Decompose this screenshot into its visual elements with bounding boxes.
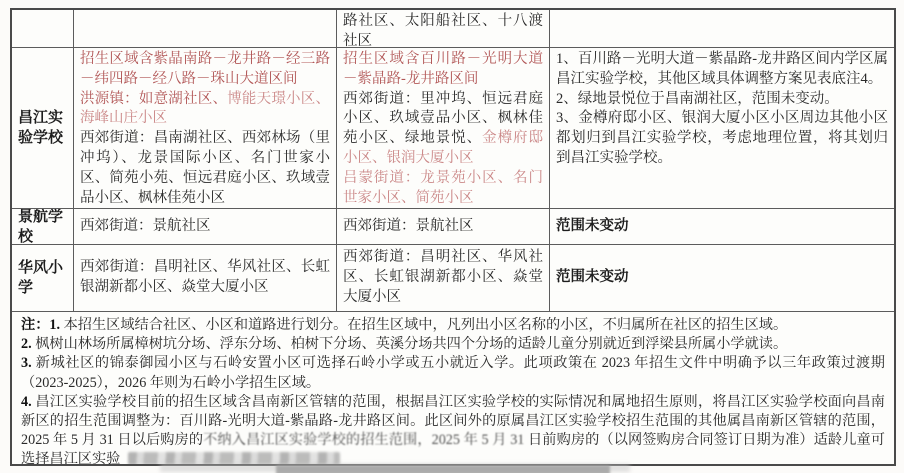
document-page: 路社区、太阳船社区、十八渡社区 昌江实验学校 招生区域含紫晶南路－龙井路－经三路… <box>0 0 904 473</box>
remark-cell: 范围未变动 <box>550 209 894 245</box>
blurred-bar <box>276 465 610 473</box>
text-segment: 招生区域含百川路－光明大道－紫晶路-龙井路区间 <box>343 51 543 87</box>
enrollment-district-table: 路社区、太阳船社区、十八渡社区 昌江实验学校 招生区域含紫晶南路－龙井路－经三路… <box>10 8 896 466</box>
region-left-cell: 西郊街道：景航社区 <box>74 209 337 245</box>
text-segment: 吕蒙街道：龙景苑小区、名门世家小区、简苑小区 <box>343 170 543 206</box>
text-segment: 注：1. <box>21 317 60 333</box>
text-segment: 范围未变动 <box>556 218 629 234</box>
remark-cell <box>550 10 894 48</box>
text-segment: 3. <box>21 355 32 371</box>
text-segment: 西郊街道：景航社区 <box>343 218 474 234</box>
text-segment: 西郊街道：昌南湖社区、西郊林场（里冲坞）、龙景国际小区、名门世家小区、简苑小苑、… <box>80 130 330 205</box>
text-segment: 1、百川路－光明大道－紫晶路-龙井路区间内学区属昌江实验学校，其他区域具体调整方… <box>556 51 888 87</box>
remark-cell: 1、百川路－光明大道－紫晶路-龙井路区间内学区属昌江实验学校，其他区域具体调整方… <box>550 48 894 209</box>
region-left-cell: 西郊街道：昌明社区、华风社区、长虹银湖新都小区、焱堂大厦小区 <box>74 245 337 312</box>
text-segment: 新城社区的锦泰御园小区与石岭安置小区可选择石岭小学或五小就近入学。此项政策在 2… <box>21 355 885 390</box>
text-segment: 枫树山林场所属樟树坑分场、浮东分场、柏树下分场、英溪分场共四个分场的适龄儿童分别… <box>32 336 788 352</box>
region-right-cell: 西郊街道：景航社区 <box>337 209 550 245</box>
region-right-cell: 西郊街道：昌明社区、华风社区、长虹银湖新都小区、焱堂大厦小区 <box>337 245 550 312</box>
text-segment: 西郊街道：景航社区 <box>80 218 211 234</box>
text-segment: 2、绿地景悦位于昌南湖社区，范围未变动。 <box>556 91 839 107</box>
region-right-cell: 招生区域含百川路－光明大道－紫晶路-龙井路区间西郊街道：里冲坞、恒远君庭小区、玖… <box>337 48 550 209</box>
text-segment: 3、金樽府邸小区、银润大厦小区小区周边其他小区都划归到昌江实验学校，考虑地理位置… <box>556 110 888 166</box>
text-segment: 不纳入昌江区实验学校的招生范围，2025 年 5 月 31 <box>203 432 524 448</box>
school-name-cell: 昌江实验学校 <box>12 48 74 209</box>
text-segment: 范围未变动 <box>556 269 629 285</box>
school-name-cell-empty <box>12 10 74 48</box>
school-name-cell: 景航学校 <box>12 209 74 245</box>
text-segment: 西郊街道：昌明社区、华风社区、长虹银湖新都小区、焱堂大厦小区 <box>80 259 330 295</box>
text-segment: 本招生区域结合社区、小区和道路进行划分。在招生区域中，凡列出小区名称的小区，不归… <box>60 317 787 333</box>
region-right-cell: 路社区、太阳船社区、十八渡社区 <box>337 10 550 48</box>
text-segment: 招生区域含紫晶南路－龙井路－经三路－纬四路－经八路－珠山大道区间 <box>80 51 330 87</box>
text-segment: 2. <box>21 336 32 352</box>
school-name-cell: 华风小学 <box>12 245 74 312</box>
remark-cell: 范围未变动 <box>550 245 894 312</box>
region-left-cell: 招生区域含紫晶南路－龙井路－经三路－纬四路－经八路－珠山大道区间洪源镇：如意湖社… <box>74 48 337 209</box>
text-segment: 西郊街道：昌明社区、华风社区、长虹银湖新都小区、焱堂大厦小区 <box>343 249 543 305</box>
text-segment: 路社区、太阳船社区、十八渡社区 <box>343 13 543 48</box>
footnotes-cell: 注：1. 本招生区域结合社区、小区和道路进行划分。在招生区域中，凡列出小区名称的… <box>12 312 894 464</box>
text-segment: 4. <box>21 394 32 410</box>
text-segment: 洪源镇：如意湖社区、 <box>80 91 227 107</box>
illegible-blurred-text <box>128 452 340 464</box>
region-left-cell <box>74 10 337 48</box>
